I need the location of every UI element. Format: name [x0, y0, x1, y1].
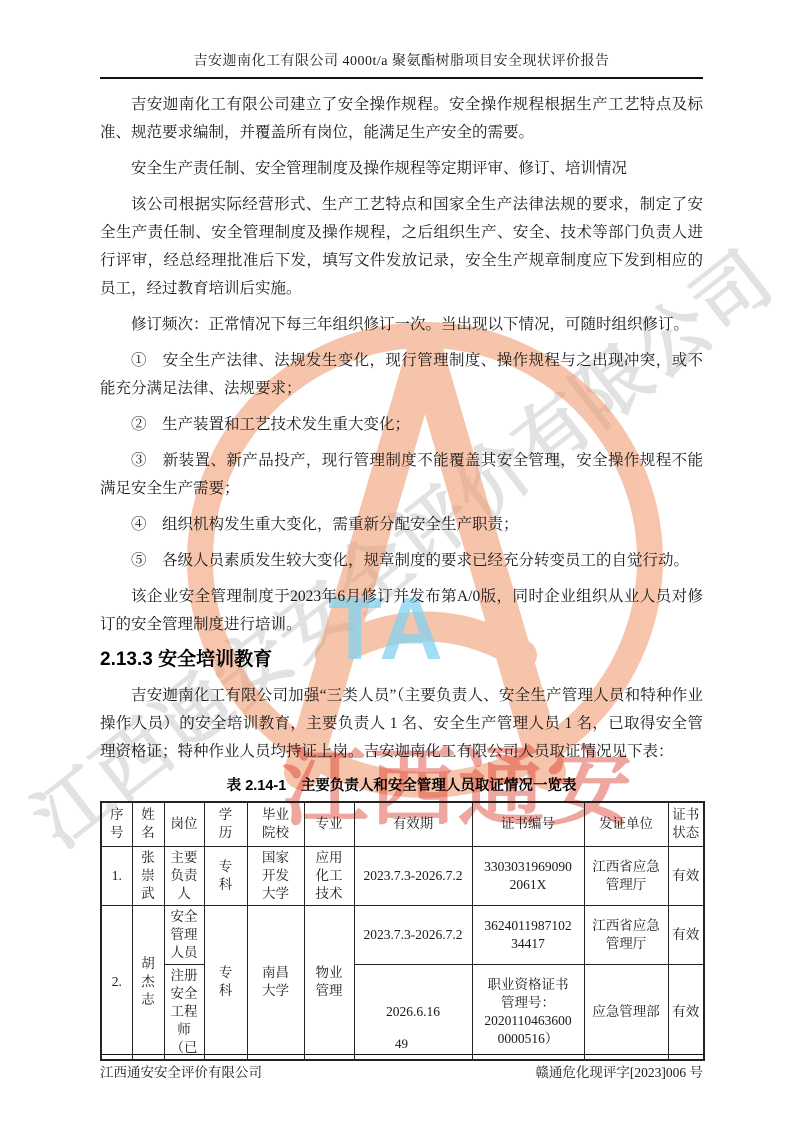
col-header-post: 岗位	[164, 802, 204, 846]
paragraph: 安全生产责任制、安全管理制度及操作规程等定期评审、修订、培训情况	[100, 155, 703, 183]
list-item: ③ 新装置、新产品投产，现行管理制度不能覆盖其安全管理，安全操作规程不能满足安全…	[100, 447, 703, 503]
table-caption: 表 2.14-1 主要负责人和安全管理人员取证情况一览表	[100, 774, 703, 795]
page-header-title: 吉安迦南化工有限公司 4000t/a 聚氨酯树脂项目安全现状评价报告	[100, 0, 703, 70]
list-item: ④ 组织机构发生重大变化，需重新分配安全生产职责；	[100, 511, 703, 539]
cell-major: 应用 化工 技术	[304, 846, 354, 905]
cell-name: 张 崇 武	[132, 846, 164, 905]
col-header-school: 毕业 院校	[247, 802, 304, 846]
cell-issuer: 江西省应急 管理厅	[584, 905, 668, 964]
paragraph: 该企业安全管理制度于2023年6月修订并发布第A/0版，同时企业组织从业人员对修…	[100, 583, 703, 639]
cell-cert-no: 3624011987102 34417	[472, 905, 584, 964]
paragraph: 吉安迦南化工有限公司加强“三类人员”（主要负责人、安全生产管理人员和特种作业操作…	[100, 682, 703, 766]
cell-school: 国家 开发 大学	[247, 846, 304, 905]
col-header-name: 姓 名	[132, 802, 164, 846]
table-row: 2. 胡 杰 志 安全 管理 人员 专 科 南昌 大学 物业 管理 2023.7…	[101, 905, 704, 964]
paragraph: 吉安迦南化工有限公司建立了安全操作规程。安全操作规程根据生产工艺特点及标准、规范…	[100, 91, 703, 147]
cell-validity: 2023.7.3-2026.7.2	[354, 846, 472, 905]
certificate-table: 序 号 姓 名 岗位 学 历 毕业 院校 专业 有效期 证书编号 发证单位 证书…	[100, 801, 705, 1061]
col-header-seq: 序 号	[101, 802, 132, 846]
page-footer: 49 江西通安安全评价有限公司 赣通危化现评字[2023]006 号	[100, 1036, 703, 1081]
col-header-degree: 学 历	[204, 802, 247, 846]
footer-company: 江西通安安全评价有限公司	[100, 1061, 262, 1081]
paragraph: 该公司根据实际经营形式、生产工艺特点和国家全生产法律法规的要求，制定了安全生产责…	[100, 191, 703, 303]
cell-post: 主要 负责 人	[164, 846, 204, 905]
table-row: 1. 张 崇 武 主要 负责 人 专 科 国家 开发 大学 应用 化工 技术 2…	[101, 846, 704, 905]
table-header-row: 序 号 姓 名 岗位 学 历 毕业 院校 专业 有效期 证书编号 发证单位 证书…	[101, 802, 704, 846]
list-item: ② 生产装置和工艺技术发生重大变化；	[100, 411, 703, 439]
body-text: 吉安迦南化工有限公司建立了安全操作规程。安全操作规程根据生产工艺特点及标准、规范…	[100, 79, 703, 766]
col-header-validity: 有效期	[354, 802, 472, 846]
col-header-status: 证书 状态	[668, 802, 704, 846]
cell-post: 安全 管理 人员	[164, 905, 204, 964]
footer-doc-number: 赣通危化现评字[2023]006 号	[535, 1061, 703, 1081]
list-item: ① 安全生产法律、法规发生变化，现行管理制度、操作规程与之出现冲突，或不能充分满…	[100, 347, 703, 403]
cell-issuer: 江西省应急 管理厅	[584, 846, 668, 905]
col-header-major: 专业	[304, 802, 354, 846]
col-header-cert-no: 证书编号	[472, 802, 584, 846]
list-item: ⑤ 各级人员素质发生较大变化，规章制度的要求已经充分转变员工的自觉行动。	[100, 547, 703, 575]
section-heading: 2.13.3 安全培训教育	[100, 647, 703, 673]
page-content: 吉安迦南化工有限公司 4000t/a 聚氨酯树脂项目安全现状评价报告 吉安迦南化…	[0, 0, 800, 1061]
cell-validity: 2023.7.3-2026.7.2	[354, 905, 472, 964]
page-number: 49	[100, 1036, 703, 1052]
cell-status: 有效	[668, 905, 704, 964]
cell-degree: 专 科	[204, 846, 247, 905]
paragraph: 修订频次：正常情况下每三年组织修订一次。当出现以下情况，可随时组织修订。	[100, 311, 703, 339]
cell-seq: 1.	[101, 846, 132, 905]
cell-cert-no: 3303031969090 2061X	[472, 846, 584, 905]
document-page: 江西通安安全评价有限公司 TA 江西通安 吉安迦南化工有限公司 4000t/a …	[0, 0, 800, 1131]
cell-status: 有效	[668, 846, 704, 905]
col-header-issuer: 发证单位	[584, 802, 668, 846]
